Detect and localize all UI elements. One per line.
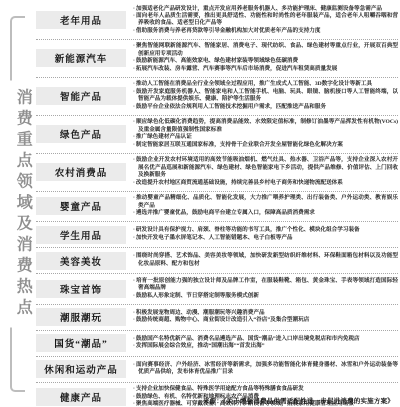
bullet-item: 面向老年人品质生活需要，推出更具舒适性、功能性和时尚性的老年服装产品，适合老年人… (133, 13, 398, 28)
bullet-item: 推动人工智能在消费品全行业全领域全过程应用，推广生成式人工智能、3D数字化设计等… (133, 81, 398, 88)
category-label: 健康产品 (36, 388, 126, 406)
category-label: 绿色产品 (36, 125, 126, 143)
category-row: 农村消费品 鼓励企业开发农村环境适用的高效节能吸油烟机、燃气灶具、热水器、卫浴产… (36, 154, 398, 192)
bullet-list: 聚焦智能网联新能源汽车、智能家居、消费电子、现代纺织、食品、绿色建材等重点行业，… (133, 43, 398, 73)
category-list: 老年用品 加强适老化产品研发设计，重点开发应用养老服务机器人、多功能护理床、健康… (36, 2, 398, 407)
category-label: 国货“潮品” (36, 334, 126, 352)
bullet-list: 研发设计具有保护视力、肩颈、脊柱等功能的书写工具，推广个性化、模块化组合学习装备… (133, 227, 398, 242)
category-row: 休闲和运动产品 面向赛事经济、户外经济、冰雪经济等新需求，加强多功能智能化体育健… (36, 357, 398, 383)
bullet-item: 鼓励企业开发农村环境适用的高效节能吸油烟机、燃气灶具、热水器、卫浴产品等，支持企… (133, 157, 398, 179)
bullet-list: 推动婴童产品精细化、品质化、智能化发展，大力推广喂养护理类、出行装备类、户外运动… (133, 195, 398, 217)
bullet-list: 加强适老化产品研发设计，重点开发应用养老服务机器人、多功能护理床、健康监测设备等… (133, 6, 398, 36)
category-row: 学生用品 研发设计具有保护视力、肩颈、脊柱等功能的书写工具，推广个性化、模块化组… (36, 222, 398, 248)
bullet-item: 推动婴童产品精细化、品质化、智能化发展，大力推广喂养护理类、出行装备类、户外运动… (133, 195, 398, 210)
category-label: 智能产品 (36, 87, 126, 105)
category-row: 新能源汽车 聚焦智能网联新能源汽车、智能家居、消费电子、现代纺织、食品、绿色建材… (36, 40, 398, 78)
category-row: 绿色产品 顺应绿色化低碳化消费趋势，提高消费品能效、水效限定值标准，制修订油墨等… (36, 116, 398, 154)
bullet-item: 支持企业加快保健食品、特殊医学用途配方食品等特殊膳食食品研发 (133, 386, 398, 393)
bullet-item: 鼓励私人形象定制、节日穿搭定制等服务模式创新 (133, 293, 398, 300)
category-label: 老年用品 (36, 11, 126, 29)
bullet-item: 改造提升农村地区商贸流通基础设施，持续完善县乡村电子商务和快递物流配送体系 (133, 180, 398, 187)
bullet-item: 加强适老化产品研发设计，重点开发应用养老服务机器人、多功能护理床、健康监测设备等… (133, 6, 398, 13)
bullet-item: 鼓励传统商超、购物中心、商业街设计改造引入“谷店”及集合型潮玩店 (133, 317, 398, 324)
bullet-item: 推广绿色建材产品认证 (133, 134, 398, 141)
bullet-item: 遴选并推广婴童优品，鼓励电商平台建立专属入口，保障高品质消费需求 (133, 210, 398, 217)
bullet-list: 培育一批原创能力强的独立设计师及品牌工作室，在服装鞋靴、箱包、黄金珠宝、手表等领… (133, 278, 398, 300)
source-note: 来源：《关于增强消费品供需适配性进一步促进消费的实施方案》 (203, 396, 394, 405)
category-label: 美容美妆 (36, 252, 126, 270)
category-row: 珠宝首饰 培育一批原创能力强的独立设计师及品牌工作室，在服装鞋靴、箱包、黄金珠宝… (36, 274, 398, 304)
category-row: 智能产品 推动人工智能在消费品全行业全领域全过程应用，推广生成式人工智能、3D数… (36, 78, 398, 116)
bullet-list: 鼓励企业开发农村环境适用的高效节能吸油烟机、燃气灶具、热水器、卫浴产品等，支持企… (133, 157, 398, 187)
category-row: 美容美妆 围绕时尚穿搭、艺术饰品、美容美妆等领域，加快研发新型纺织纤维材料、环保… (36, 248, 398, 274)
bullet-item: 鼓励国产名特优新产品、消费名品遴选产品、国货“潮品”进入口岸出境免税店和市内免税… (133, 336, 398, 343)
bullet-item: 顺应绿色化低碳化消费趋势，提高消费品能效、水效限定值标准，制修订油墨等产品挥发性… (133, 119, 398, 134)
page-title: 消费重点领域及消费热点 (7, 80, 38, 327)
bullet-item: 研发设计具有保护视力、肩颈、脊柱等功能的书写工具，推广个性化、模块化组合学习装备 (133, 227, 398, 234)
bullet-item: 鼓励新能源汽车、高能效家电、绿色建材家装等领域绿色低碳消费 (133, 58, 398, 65)
category-row: 婴童产品 推动婴童产品精细化、品质化、智能化发展，大力推广喂养护理类、出行装备类… (36, 192, 398, 222)
category-label: 潮服潮玩 (36, 308, 126, 326)
bullet-item: 聚焦智能网联新能源汽车、智能家居、消费电子、现代纺织、食品、绿色建材等重点行业，… (133, 43, 398, 58)
bullet-item: 加快开发电子墨水屏笔记本、人工智能错题本、电子白板等产品 (133, 235, 398, 242)
category-row: 老年用品 加强适老化产品研发设计，重点开发应用养老服务机器人、多功能护理床、健康… (36, 2, 398, 40)
category-label: 农村消费品 (36, 163, 126, 181)
bullet-item: 积极发展宠物周边、动漫、潮服潮玩等兴趣消费产品 (133, 310, 398, 317)
bullet-item: 围绕时尚穿搭、艺术饰品、美容美妆等领域，加快研发新型纺织纤维材料、环保鞋面箱包材… (133, 253, 398, 268)
bullet-item: 发挥国际展会综合效应，推动“国潮出海”“首发出海” (133, 343, 398, 350)
category-label: 婴童产品 (36, 197, 126, 215)
bullet-item: 借助服务消费与养老再贷款等引导金融机构加大对优质老年产品的支持力度 (133, 28, 398, 35)
bullet-item: 鼓励平台企业依法合规利用人工智能技术挖掘用户需求，匹配推送产品和服务 (133, 104, 398, 111)
bullet-item: 培育一批原创能力强的独立设计师及品牌工作室，在服装鞋靴、箱包、黄金珠宝、手表等领… (133, 278, 398, 293)
bullet-list: 积极发展宠物周边、动漫、潮服潮玩等兴趣消费产品 鼓励传统商超、购物中心、商业街设… (133, 310, 398, 325)
category-label: 新能源汽车 (36, 49, 126, 67)
category-row: 潮服潮玩 积极发展宠物周边、动漫、潮服潮玩等兴趣消费产品 鼓励传统商超、购物中心… (36, 305, 398, 331)
bullet-list: 推动人工智能在消费品全行业全领域全过程应用，推广生成式人工智能、3D数字化设计等… (133, 81, 398, 111)
bullet-item: 鼓励开发家庭服务机器人、智能家电和人工智能手机、电脑、玩具、眼镜、脑机接口等人工… (133, 89, 398, 104)
bullet-list: 鼓励国产名特优新产品、消费名品遴选产品、国货“潮品”进入口岸出境免税店和市内免税… (133, 336, 398, 351)
category-label: 珠宝首饰 (36, 280, 126, 298)
category-label: 学生用品 (36, 226, 126, 244)
bullet-item: 面向赛事经济、户外经济、冰雪经济等新需求，加强多功能智能化体育健身器材、冰雪和户… (133, 362, 398, 377)
category-row: 国货“潮品” 鼓励国产名特优新产品、消费名品遴选产品、国货“潮品”进入口岸出境免… (36, 331, 398, 357)
infographic-page: 消费重点领域及消费热点 老年用品 加强适老化产品研发设计，重点开发应用养老服务机… (0, 0, 400, 407)
category-label: 休闲和运动产品 (36, 360, 126, 378)
bullet-list: 顺应绿色化低碳化消费趋势，提高消费品能效、水效限定值标准，制修订油墨等产品挥发性… (133, 119, 398, 149)
bullet-item: 制定智能家居互联互通国家标准，支持骨干企业联合开发全屋智能化绿色化解决方案 (133, 142, 398, 149)
bullet-list: 面向赛事经济、户外经济、冰雪经济等新需求，加强多功能智能化体育健身器材、冰雪和户… (133, 362, 398, 377)
bullet-item: 拓展汽车改装、房车露营、汽车赛事等汽车后市场消费，促进汽车租赁高质量发展 (133, 66, 398, 73)
bullet-list: 围绕时尚穿搭、艺术饰品、美容美妆等领域，加快研发新型纺织纤维材料、环保鞋面箱包材… (133, 253, 398, 268)
